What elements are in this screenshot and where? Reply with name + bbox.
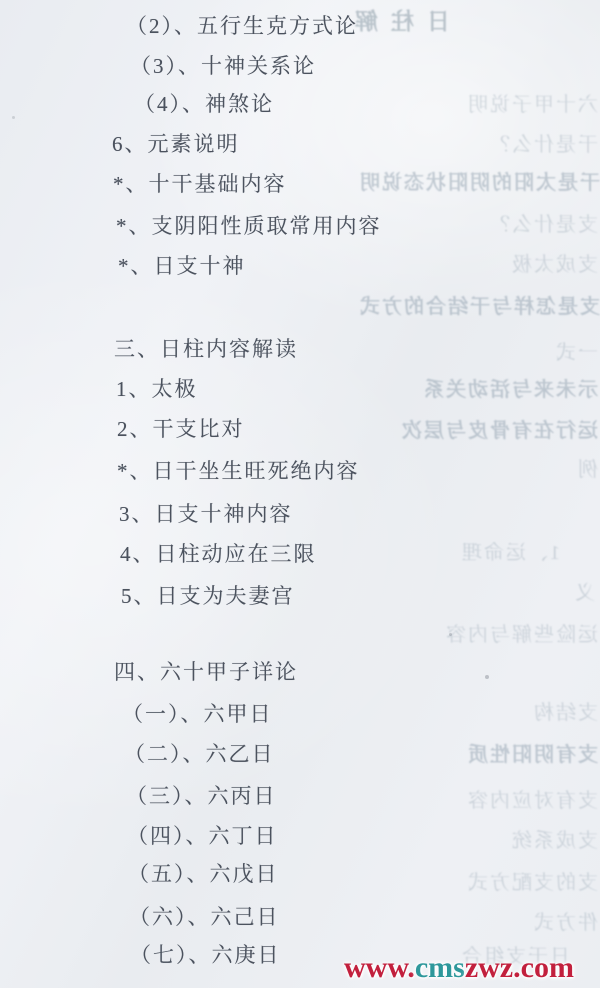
toc-line: *、十干基础内容 bbox=[113, 168, 287, 198]
toc-line: （4）、神煞论 bbox=[134, 88, 274, 118]
toc-line: 2、干支比对 bbox=[117, 413, 245, 443]
watermark-segment: cms bbox=[415, 951, 465, 984]
toc-line: *、日干坐生旺死绝内容 bbox=[117, 455, 360, 485]
watermark-segment: www. bbox=[344, 951, 415, 984]
watermark-url: www.cmszwz.com bbox=[344, 951, 574, 985]
toc-line: （六）、六己日 bbox=[129, 901, 280, 931]
toc-line: 5、日支为夫妻宫 bbox=[121, 580, 295, 610]
toc-line: 三、日柱内容解读 bbox=[114, 333, 298, 363]
toc-line: （七）、六庚日 bbox=[130, 939, 281, 969]
toc-line: （一）、六甲日 bbox=[122, 698, 273, 728]
toc-line: （二）、六乙日 bbox=[124, 738, 275, 768]
toc-line: 四、六十甲子详论 bbox=[114, 656, 298, 686]
toc-line: 3、日支十神内容 bbox=[119, 498, 293, 528]
toc-line: *、支阴阳性质取常用内容 bbox=[116, 210, 382, 240]
toc: （2）、五行生克方式论 （3）、十神关系论 （4）、神煞论 6、元素说明 *、十… bbox=[0, 0, 600, 988]
toc-line: （2）、五行生克方式论 bbox=[126, 10, 358, 40]
toc-line: （3）、十神关系论 bbox=[130, 50, 316, 80]
toc-line: （三）、六丙日 bbox=[126, 780, 277, 810]
scan-speck bbox=[449, 633, 452, 636]
scan-speck bbox=[485, 675, 489, 679]
toc-line: （五）、六戊日 bbox=[128, 858, 279, 888]
toc-line: 1、太极 bbox=[116, 373, 198, 403]
toc-line: 6、元素说明 bbox=[112, 128, 240, 158]
watermark-segment: zwz.com bbox=[465, 951, 574, 984]
toc-line: （四）、六丁日 bbox=[127, 820, 278, 850]
scan-speck bbox=[12, 116, 15, 119]
toc-line: 4、日柱动应在三限 bbox=[120, 538, 317, 568]
toc-line: *、日支十神 bbox=[118, 250, 246, 280]
scanned-page: 日柱解 六十甲子说明 干是什么？ 干是太阳的阴阳状态说明 支是什么？ 支成太极 … bbox=[0, 0, 600, 988]
